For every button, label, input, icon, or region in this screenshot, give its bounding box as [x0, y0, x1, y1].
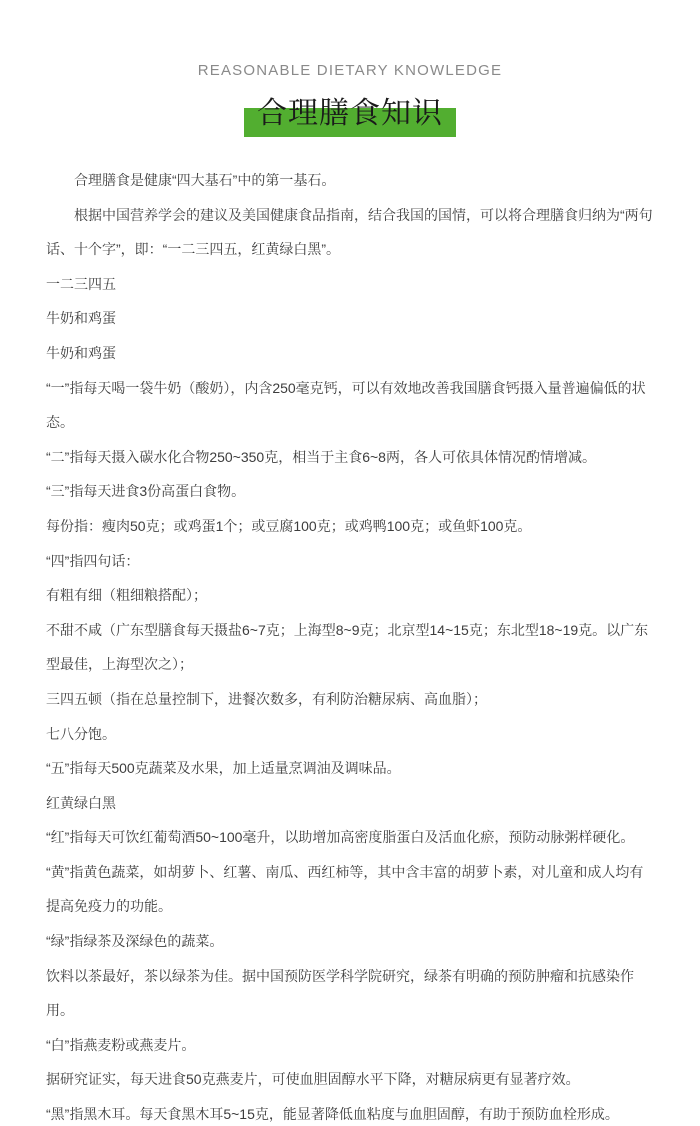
page-title-text: 合理膳食知识 [257, 97, 443, 130]
title-row: 合理膳食知识 [0, 96, 700, 132]
document-page: REASONABLE DIETARY KNOWLEDGE 合理膳食知识 合理膳食… [0, 0, 700, 1126]
document-header: REASONABLE DIETARY KNOWLEDGE 合理膳食知识 [0, 0, 700, 132]
paragraph: 红黄绿白黑 [46, 786, 654, 821]
paragraph: 据研究证实，每天进食50克燕麦片，可使血胆固醇水平下降，对糖尿病更有显著疗效。 [46, 1062, 654, 1097]
paragraph: 合理膳食是健康“四大基石”中的第一基石。 [46, 163, 654, 198]
paragraph: 七八分饱。 [46, 717, 654, 752]
paragraph: 饮料以茶最好，茶以绿茶为佳。据中国预防医学科学院研究，绿茶有明确的预防肿瘤和抗感… [46, 959, 654, 1028]
paragraph: “二”指每天摄入碳水化合物250~350克，相当于主食6~8两，各人可依具体情况… [46, 440, 654, 475]
paragraph: 牛奶和鸡蛋 [46, 336, 654, 371]
paragraph: “五”指每天500克蔬菜及水果，加上适量烹调油及调味品。 [46, 751, 654, 786]
article-body: 合理膳食是健康“四大基石”中的第一基石。 根据中国营养学会的建议及美国健康食品指… [0, 163, 700, 1126]
paragraph: “三”指每天进食3份高蛋白食物。 [46, 474, 654, 509]
paragraph: “一”指每天喝一袋牛奶（酸奶），内含250毫克钙，可以有效地改善我国膳食钙摄入量… [46, 371, 654, 440]
paragraph: “黄”指黄色蔬菜，如胡萝卜、红薯、南瓜、西红柿等，其中含丰富的胡萝卜素，对儿童和… [46, 855, 654, 924]
page-title: 合理膳食知识 [257, 96, 443, 132]
paragraph: “红”指每天可饮红葡萄酒50~100毫升，以助增加高密度脂蛋白及活血化瘀，预防动… [46, 820, 654, 855]
paragraph: “四”指四句话： [46, 544, 654, 579]
paragraph: 每份指：瘦肉50克；或鸡蛋1个；或豆腐100克；或鸡鸭100克；或鱼虾100克。 [46, 509, 654, 544]
paragraph: “黑”指黑木耳。每天食黑木耳5~15克，能显著降低血粘度与血胆固醇，有助于预防血… [46, 1097, 654, 1126]
paragraph: “绿”指绿茶及深绿色的蔬菜。 [46, 924, 654, 959]
paragraph: 牛奶和鸡蛋 [46, 301, 654, 336]
paragraph: 三四五顿（指在总量控制下，进餐次数多，有利防治糖尿病、高血脂）； [46, 682, 654, 717]
paragraph: 不甜不咸（广东型膳食每天摄盐6~7克；上海型8~9克；北京型14~15克；东北型… [46, 613, 654, 682]
paragraph: 有粗有细（粗细粮搭配）； [46, 578, 654, 613]
paragraph: 根据中国营养学会的建议及美国健康食品指南，结合我国的国情，可以将合理膳食归纳为“… [46, 198, 654, 267]
english-subtitle: REASONABLE DIETARY KNOWLEDGE [0, 62, 700, 80]
paragraph: “白”指燕麦粉或燕麦片。 [46, 1028, 654, 1063]
paragraph: 一二三四五 [46, 267, 654, 302]
